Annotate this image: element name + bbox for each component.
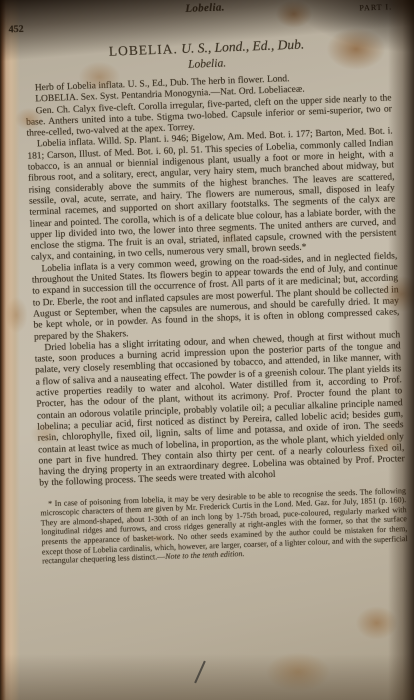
footnote-attribution: Note to the tenth edition. xyxy=(165,549,245,561)
page-header: Lobelia. PART I. 452 xyxy=(22,0,389,39)
footnote: * In case of poisoning from lobelia, it … xyxy=(40,486,408,567)
article-title-refs: U. S., Lond., Ed., Dub. xyxy=(181,37,304,56)
pencil-mark xyxy=(194,661,206,684)
book-page: Lobelia. PART I. 452 LOBELIA. U. S., Lon… xyxy=(0,0,414,700)
page-number: 452 xyxy=(9,24,24,36)
paragraph-properties-chemistry: Dried lobelia has a slight irritating od… xyxy=(34,330,405,490)
footnote-paragraph: * In case of poisoning from lobelia, it … xyxy=(40,486,408,567)
page-content: Lobelia. PART I. 452 LOBELIA. U. S., Lon… xyxy=(22,0,408,566)
running-head: Lobelia. xyxy=(22,0,388,21)
article-title-name: LOBELIA. xyxy=(109,41,179,59)
part-label: PART I. xyxy=(359,2,392,12)
book-photo: Lobelia. PART I. 452 LOBELIA. U. S., Lon… xyxy=(0,0,414,700)
bottom-shadow-overlay xyxy=(0,654,414,700)
footnote-marker: * xyxy=(48,499,52,508)
paragraph-botanical-description: Lobelia inflata. Willd. Sp. Plant. i. 94… xyxy=(27,127,397,265)
paragraph-habitat-collection: Lobelia inflata is a very common weed, g… xyxy=(31,251,400,343)
page-edge-strip xyxy=(0,0,20,700)
